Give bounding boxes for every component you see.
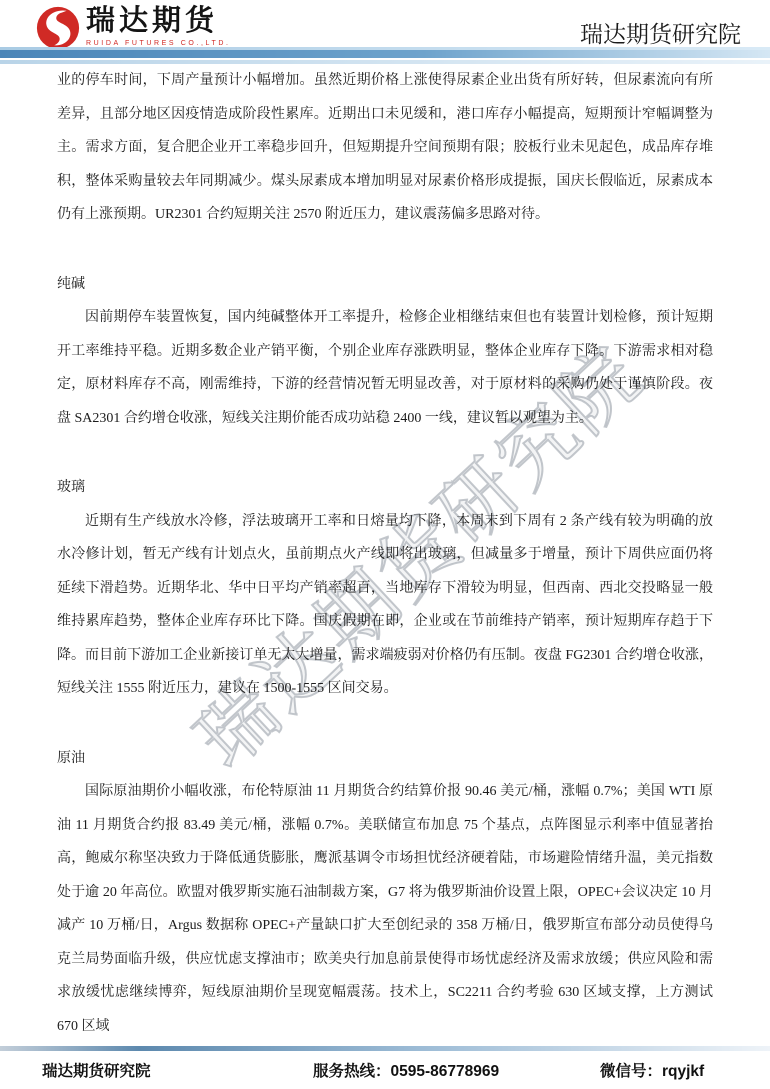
- report-page: 瑞达期货 RUIDA FUTURES CO.,LTD. 瑞达期货研究院 瑞达期货…: [0, 0, 770, 1089]
- footer-wechat: 微信号：rqyjkf: [600, 1059, 704, 1081]
- brand-name-en: RUIDA FUTURES CO.,LTD.: [86, 40, 231, 47]
- ruida-logo: 瑞达期货 RUIDA FUTURES CO.,LTD.: [35, 5, 231, 51]
- section-heading-crude-oil: 原油: [57, 742, 713, 776]
- footer-divider: [0, 1046, 770, 1051]
- report-body: 业的停车时间，下周产量预计小幅增加。虽然近期价格上涨使得尿素企业出货有所好转，但…: [57, 64, 713, 1043]
- paragraph-crude-oil: 国际原油期价小幅收涨，布伦特原油 11 月期货合约结算价报 90.46 美元/桶…: [57, 775, 713, 1043]
- header-divider: [0, 47, 770, 64]
- paragraph-glass: 近期有生产线放水冷修，浮法玻璃开工率和日熔量均下降，本周末到下周有 2 条产线有…: [57, 505, 713, 706]
- brand-name-cn: 瑞达期货: [86, 5, 231, 38]
- section-heading-glass: 玻璃: [57, 471, 713, 505]
- footer-institute: 瑞达期货研究院: [42, 1059, 151, 1081]
- paragraph-urea-continuation: 业的停车时间，下周产量预计小幅增加。虽然近期价格上涨使得尿素企业出货有所好转，但…: [57, 64, 713, 232]
- page-title: 瑞达期货研究院: [580, 16, 741, 49]
- footer: 瑞达期货研究院 服务热线：0595-86778969 微信号：rqyjkf: [0, 1059, 770, 1085]
- ruida-logo-icon: [35, 5, 81, 51]
- paragraph-soda-ash: 因前期停车装置恢复，国内纯碱整体开工率提升，检修企业相继结束但也有装置计划检修，…: [57, 301, 713, 435]
- footer-hotline: 服务热线：0595-86778969: [313, 1059, 499, 1081]
- section-heading-soda-ash: 纯碱: [57, 268, 713, 302]
